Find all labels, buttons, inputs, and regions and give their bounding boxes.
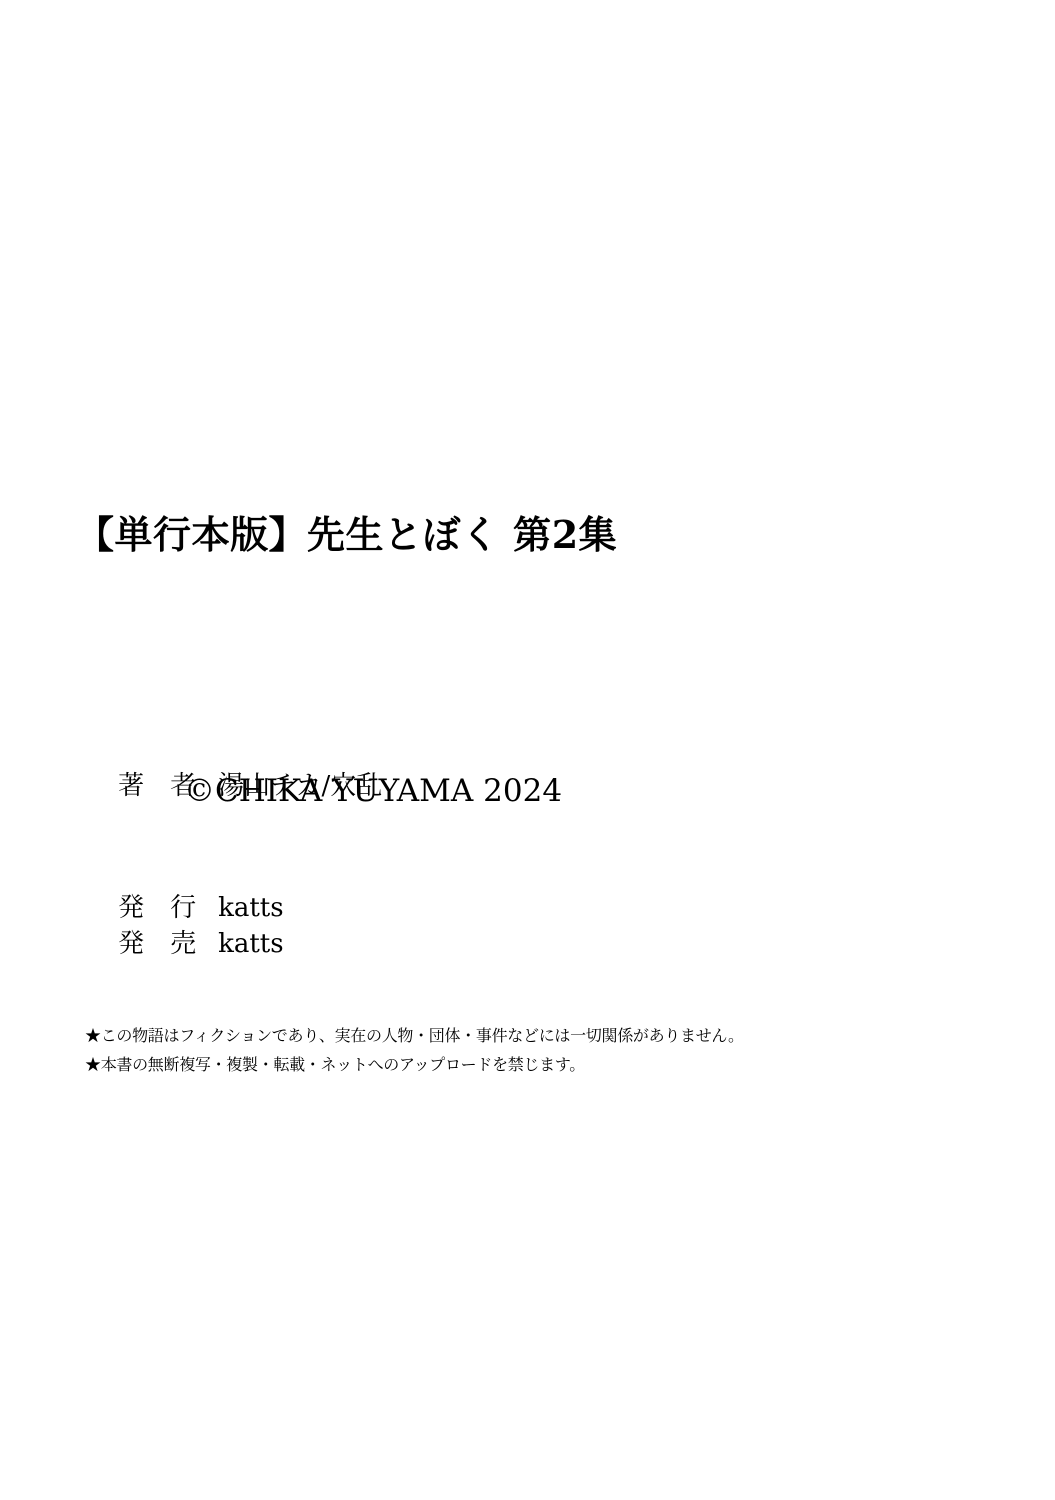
distributor-row: 発 売katts	[85, 898, 284, 992]
book-title: 【単行本版】先生とぼく 第2集	[76, 512, 617, 558]
copy-prohibition-notice: ★本書の無断複写・複製・転載・ネットへのアップロードを禁じます。	[85, 1055, 585, 1074]
distributor-name: katts	[218, 929, 284, 959]
copyright-line: ©CHIKA YUYAMA 2024	[184, 773, 562, 810]
distributor-label: 発 売	[118, 929, 218, 960]
fiction-disclaimer-notice: ★この物語はフィクションであり、実在の人物・団体・事件などには一切関係がありませ…	[85, 1026, 744, 1045]
colophon-page: 【単行本版】先生とぼく 第2集 著 者湯山チカ/穴乱 ©CHIKA YUYAMA…	[0, 0, 1055, 1500]
